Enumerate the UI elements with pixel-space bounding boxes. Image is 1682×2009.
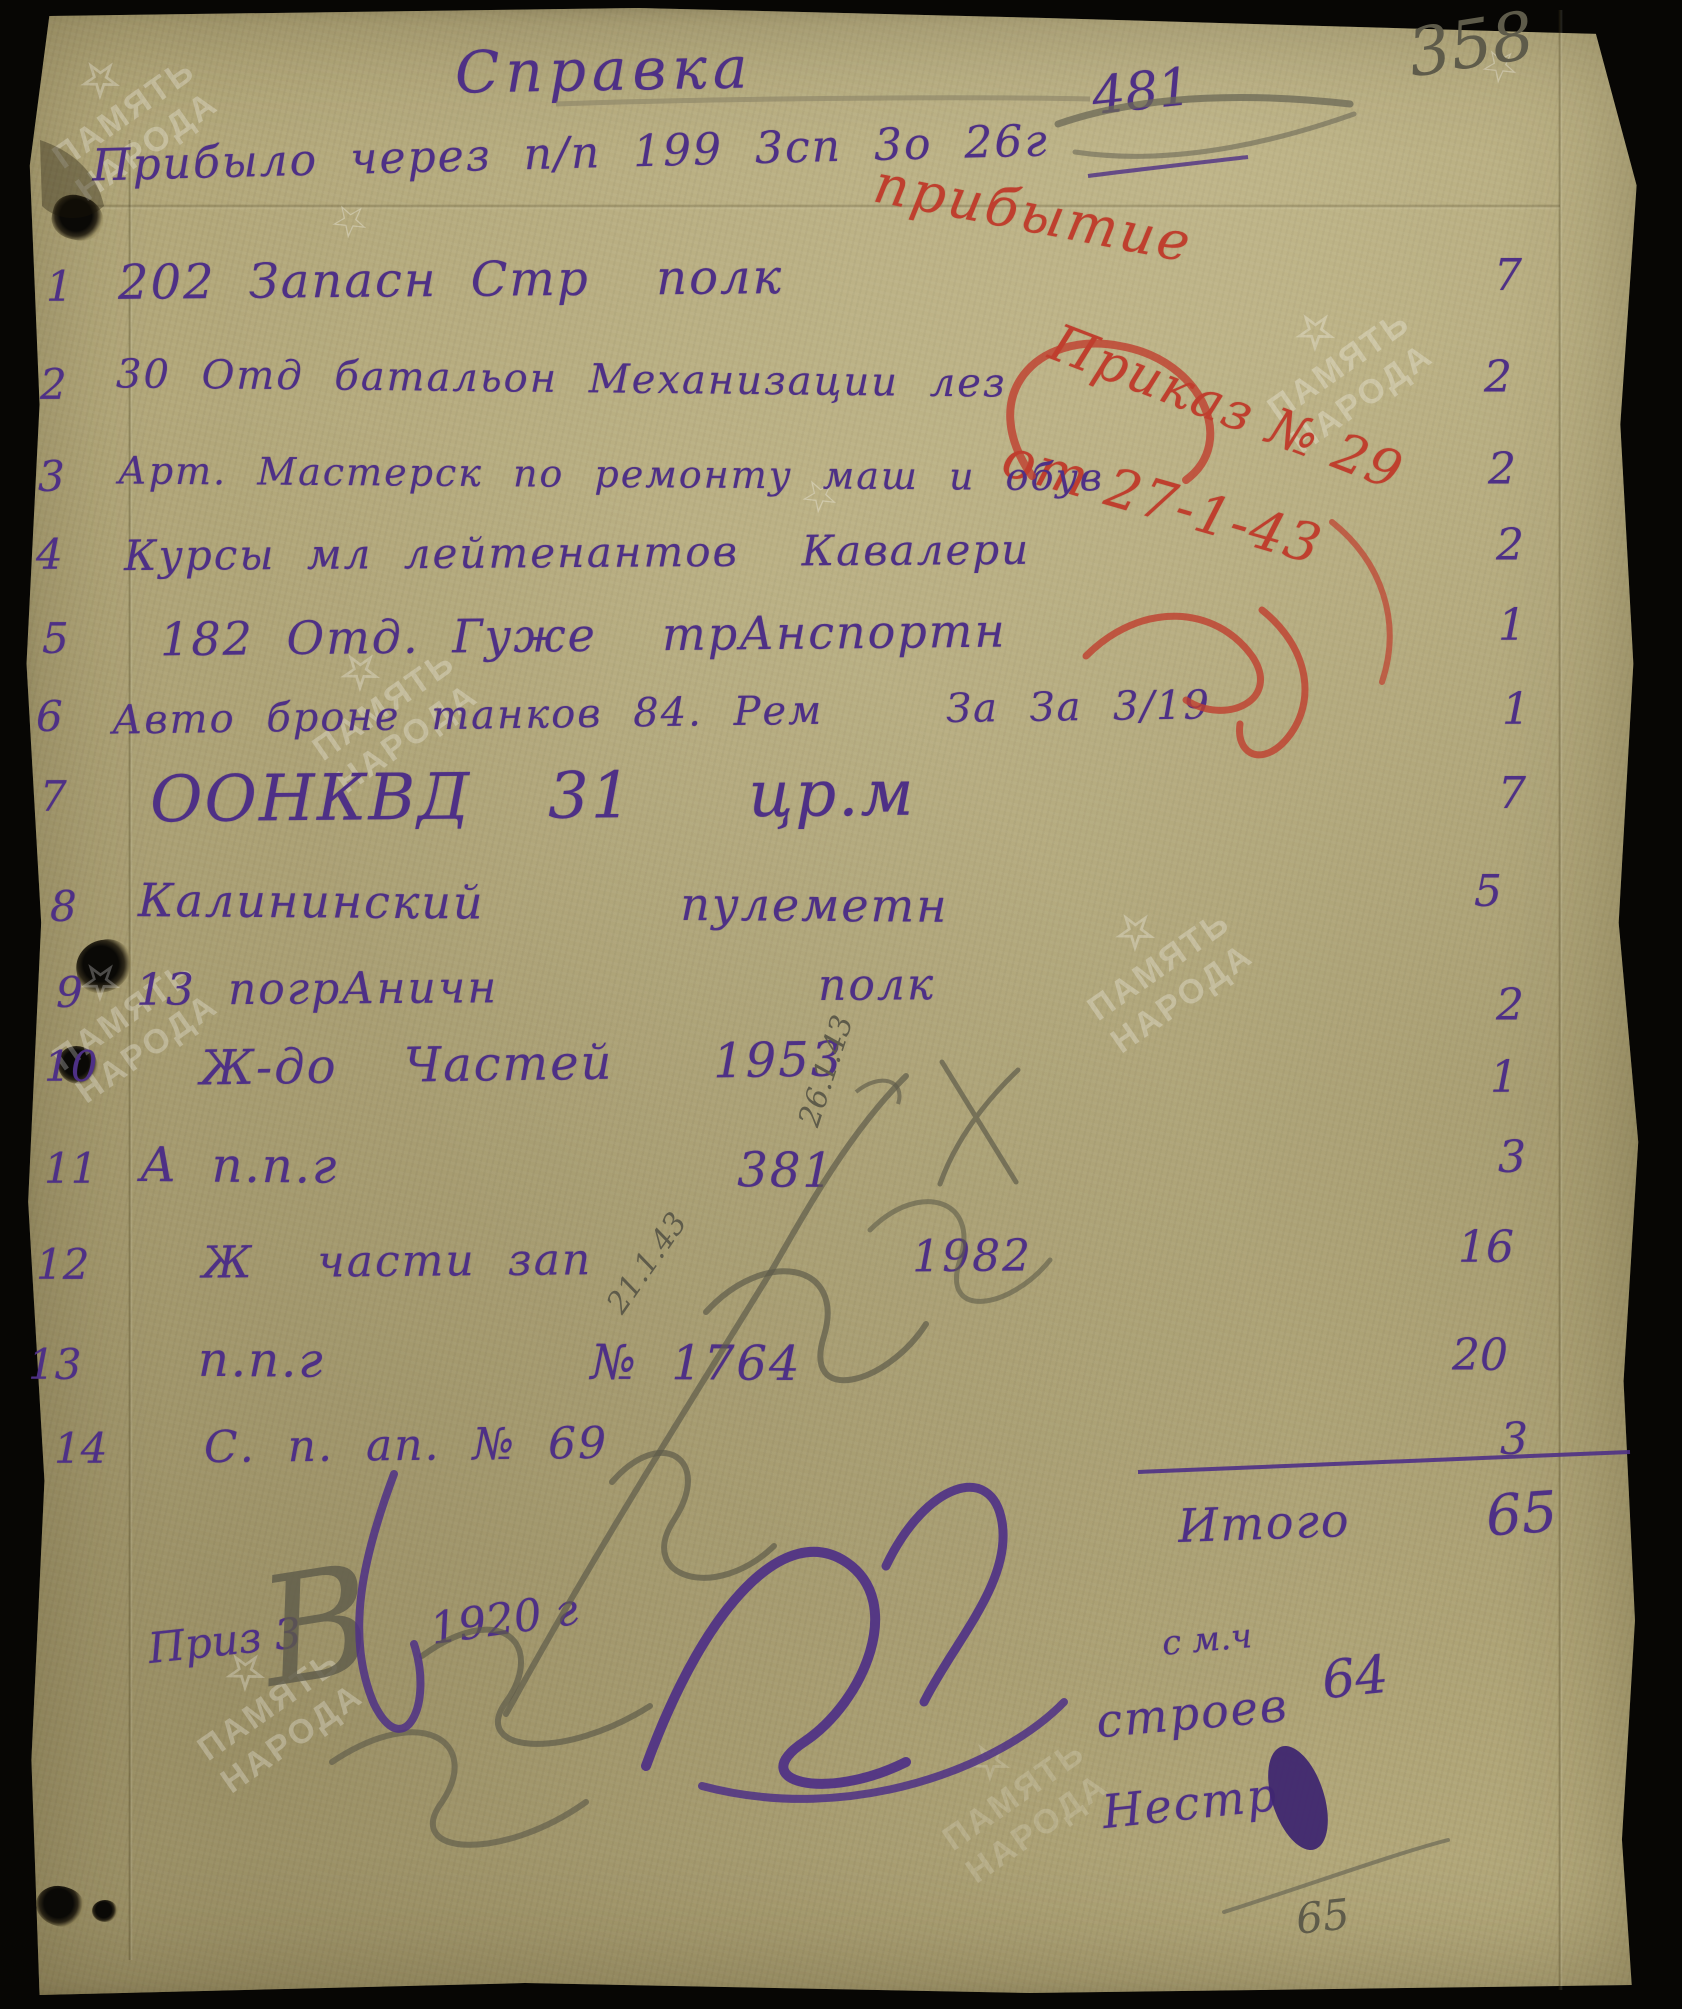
total-label: Итого [1177, 1493, 1351, 1553]
row-value: 2 [1496, 980, 1524, 1031]
row-number: 1 [46, 262, 73, 311]
punch-hole [92, 1900, 118, 1922]
footer-smch: с м.ч [1160, 1616, 1253, 1664]
row-number: 4 [36, 530, 63, 579]
row-value: 2 [1484, 352, 1512, 403]
row-number: 3 [38, 452, 65, 501]
row-text: 30 Отд батальон Механизации лез [116, 351, 1007, 406]
row-number: 9 [56, 968, 83, 1017]
row-text: Калининский пулеметн [138, 873, 949, 933]
row-number: 12 [36, 1240, 89, 1289]
row-value: 20 [1452, 1330, 1508, 1381]
row-value: 3 [1500, 1414, 1528, 1465]
row-text: 182 Отд. Гуже трАнспортн [160, 604, 1007, 667]
pencil-bottom-number: 65 [1294, 1889, 1352, 1943]
row-number: 11 [44, 1144, 97, 1193]
row-value: 2 [1488, 444, 1516, 495]
row-number: 13 [28, 1340, 81, 1389]
row-text: 202 Запасн Стр полк [118, 249, 784, 311]
crossed-sheet-number: 481 [1089, 57, 1194, 127]
row-text: ООНКВД 31 цр.м [150, 757, 916, 838]
row-text: С. п. ап. № 69 [204, 1418, 609, 1473]
row-value: 7 [1498, 768, 1526, 819]
row-number: 8 [50, 882, 77, 931]
row-number: 2 [40, 360, 67, 409]
row-value: 7 [1494, 250, 1522, 301]
scanned-archival-document: { "document": { "title": "Справка", "sub… [0, 0, 1682, 2009]
row-value: 2 [1496, 520, 1524, 571]
row-text: А п.п.г 381 [140, 1137, 835, 1199]
row-number: 7 [40, 772, 67, 821]
row-number: 10 [44, 1042, 97, 1091]
row-value: 16 [1458, 1222, 1514, 1273]
row-text: Курсы мл лейтенантов Кавалери [124, 525, 1031, 580]
footer-stroev-value: 64 [1319, 1645, 1391, 1712]
row-text: Ж-до Частей 1953 [200, 1032, 844, 1097]
row-text: 13 погрАничн полк [136, 959, 936, 1016]
row-number: 14 [54, 1424, 107, 1473]
row-number: 5 [42, 614, 69, 663]
row-text: Арт. Мастерск по ремонту маш и обув [118, 449, 1104, 500]
row-text: п.п.г № 1764 [198, 1332, 802, 1392]
row-value: 5 [1474, 866, 1502, 917]
row-value: 1 [1498, 600, 1526, 651]
page-title: Справка [454, 33, 754, 106]
row-value: 1 [1490, 1052, 1518, 1103]
row-value: 1 [1502, 684, 1530, 735]
total-value: 65 [1484, 1480, 1560, 1550]
row-value: 3 [1498, 1132, 1526, 1183]
row-number: 6 [36, 692, 63, 741]
